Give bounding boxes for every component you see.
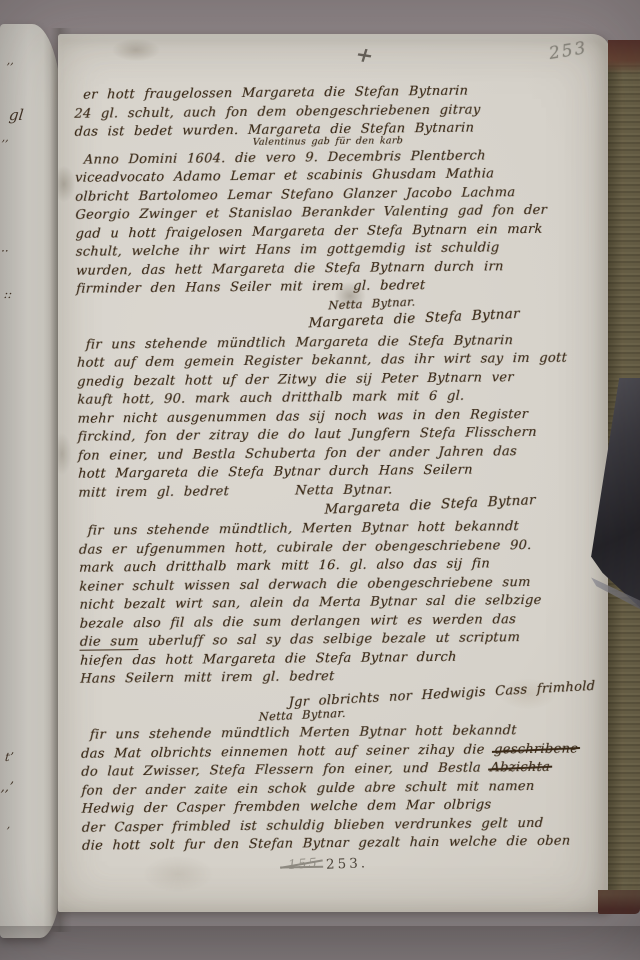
manuscript-photo: ‚‚ gl ,, ·· :: t’ ,,’ ‚ + 253 er hott fr…: [0, 0, 640, 960]
manuscript-paragraph: fir uns stehende mündtlich Merten Bytnar…: [81, 721, 602, 856]
margin-ink-fragment: t’: [4, 750, 14, 764]
manuscript-paragraph: er hott fraugelossen Margareta die Stefa…: [74, 81, 595, 142]
margin-ink-fragment: ,,’: [0, 780, 14, 795]
margin-ink-fragment: gl: [8, 106, 24, 124]
manuscript-paragraph: fir uns stehende mündtlich Margareta die…: [77, 331, 599, 503]
manuscript-paragraph: Anno Domini 1604. die vero 9. Decembris …: [75, 146, 597, 299]
margin-ink-fragment: ::: [3, 287, 13, 301]
margin-ink-fragment: ‚‚: [6, 54, 14, 67]
manuscript-paragraph: fir uns stehende mündtlich, Merten Bytna…: [79, 517, 601, 689]
cover-bottom-edge: [598, 890, 640, 914]
cover-top-edge: [608, 40, 640, 74]
margin-ink-fragment: ··: [0, 244, 9, 258]
struck-out-number: 155: [288, 855, 320, 872]
manuscript-text: er hott fraugelossen Margareta die Stefa…: [74, 81, 602, 856]
folio-number-bottom: 253.: [326, 855, 369, 872]
table-shadow: [0, 926, 640, 960]
bottom-folio-group: 155 253.: [288, 856, 368, 872]
margin-ink-fragment: ,,: [1, 131, 9, 144]
